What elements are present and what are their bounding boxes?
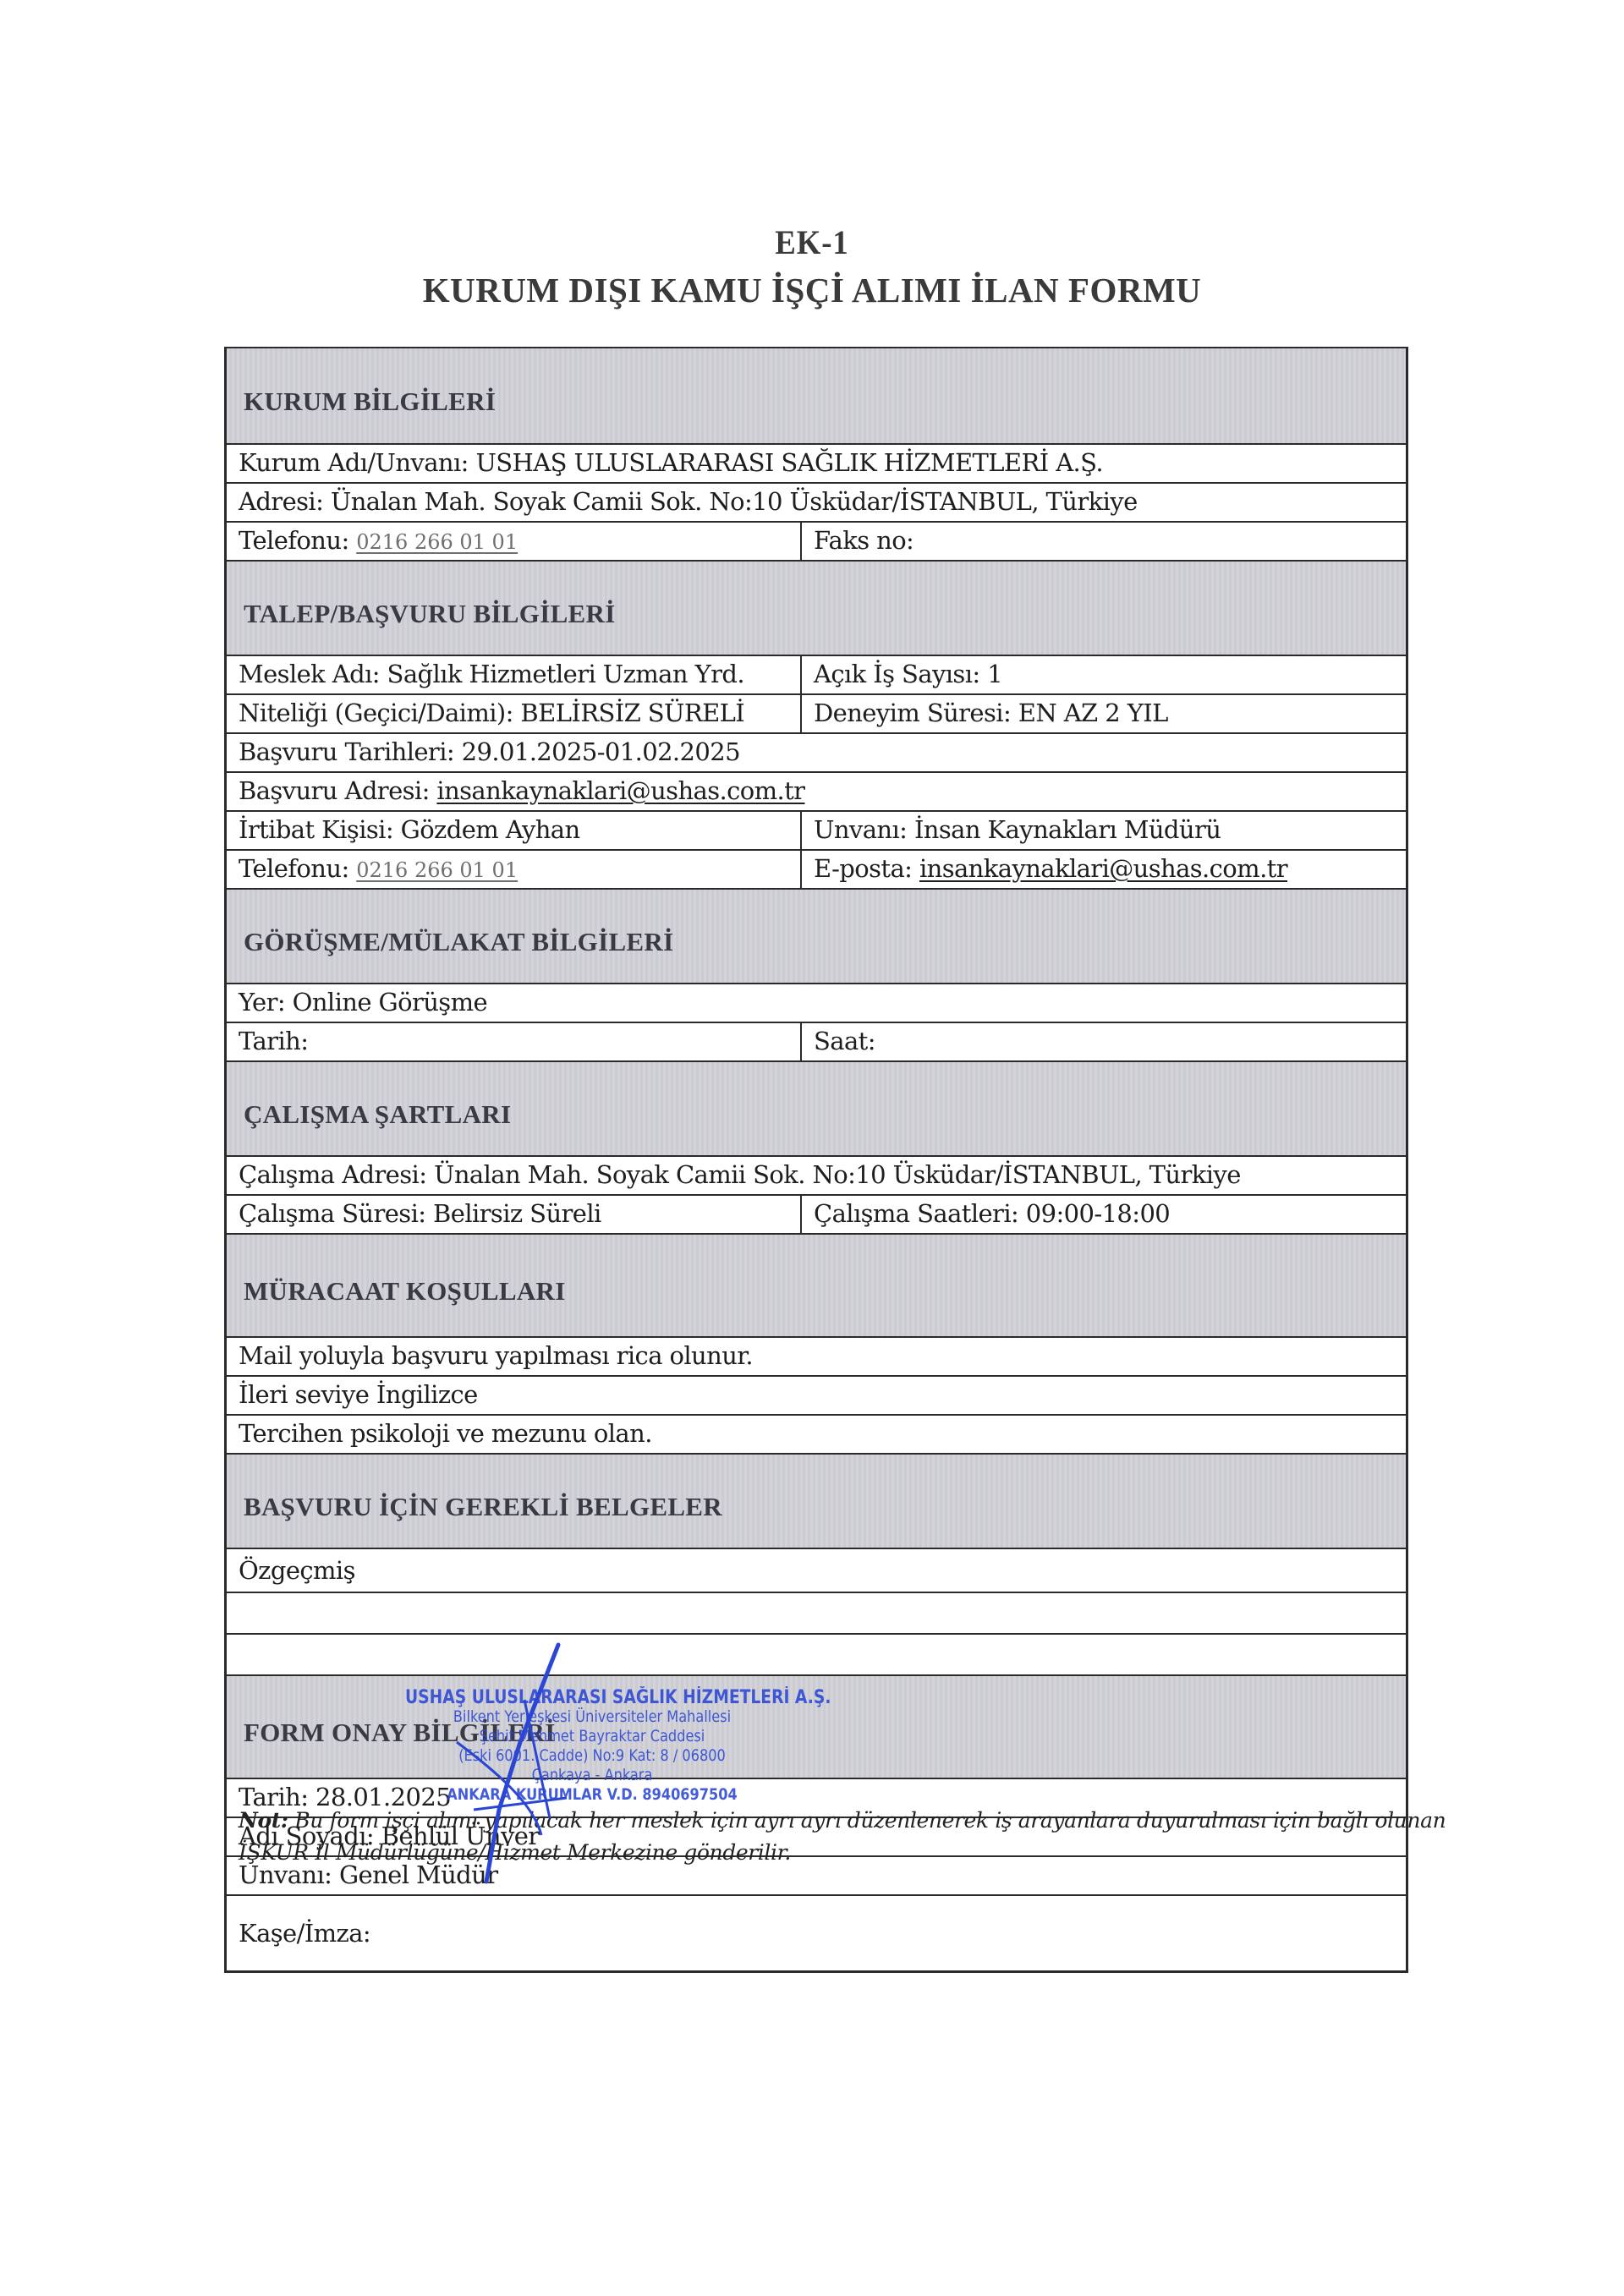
work-hours-field: Çalışma Saatleri: 09:00-18:00 [802,1196,1406,1233]
form-title: KURUM DIŞI KAMU İŞÇİ ALIMI İLAN FORMU [0,267,1624,313]
contact-phone-link[interactable]: 0216 266 01 01 [356,858,518,882]
section-calisma-sartlari: ÇALIŞMA ŞARTLARI [227,1060,1406,1155]
contact-phone-field: Telefonu: 0216 266 01 01 [227,851,802,888]
experience-field: Deneyim Süresi: EN AZ 2 YIL [802,695,1406,732]
section-talep-basvuru-bilgileri: TALEP/BAŞVURU BİLGİLERİ [227,560,1406,655]
section-gerekli-belgeler: BAŞVURU İÇİN GEREKLİ BELGELER [227,1453,1406,1548]
section-title: TALEP/BAŞVURU BİLGİLERİ [244,599,616,629]
interview-time-field: Saat: [802,1023,1406,1060]
section-title: KURUM BİLGİLERİ [244,386,496,417]
section-title: ÇALIŞMA ŞARTLARI [244,1099,511,1130]
application-email-link[interactable]: insankaynaklari@ushas.com.tr [436,776,804,805]
contact-email-link[interactable]: insankaynaklari@ushas.com.tr [919,854,1287,883]
institution-fax-field: Faks no: [802,523,1406,560]
work-address-field: Çalışma Adresi: Ünalan Mah. Soyak Camii … [227,1157,1406,1194]
annex-label: EK-1 [65,222,1559,264]
stamp-signature-field: Kaşe/İmza: [227,1896,1406,1970]
contact-title-field: Unvanı: İnsan Kaynakları Müdürü [802,812,1406,849]
institution-name-field: Kurum Adı/Unvanı: USHAŞ ULUSLARARASI SAĞ… [227,445,1406,482]
institution-address-field: Adresi: Ünalan Mah. Soyak Camii Sok. No:… [227,484,1406,521]
application-dates-field: Başvuru Tarihleri: 29.01.2025-01.02.2025 [227,734,1406,771]
job-posting-form: KURUM BİLGİLERİ Kurum Adı/Unvanı: USHAŞ … [224,347,1408,1973]
section-gorusme-bilgileri: GÖRÜŞME/MÜLAKAT BİLGİLERİ [227,888,1406,983]
interview-date-field: Tarih: [227,1023,802,1060]
work-duration-field: Çalışma Süresi: Belirsiz Süreli [227,1196,802,1233]
occupation-field: Meslek Adı: Sağlık Hizmetleri Uzman Yrd. [227,656,802,693]
section-title: BAŞVURU İÇİN GEREKLİ BELGELER [244,1492,722,1522]
nature-field: Niteliği (Geçici/Daimi): BELİRSİZ SÜRELİ [227,695,802,732]
section-form-onay-bilgileri: FORM ONAY BİLGİLERİ [227,1674,1406,1778]
footnote-text: Bu form işçi alımı yapılacak her meslek … [239,1808,1446,1865]
institution-name-value: USHAŞ ULUSLARARASI SAĞLIK HİZMETLERİ A.Ş… [475,448,1103,477]
section-kurum-bilgileri: KURUM BİLGİLERİ [227,348,1406,443]
institution-phone-link[interactable]: 0216 266 01 01 [356,530,518,554]
institution-address-value: Ünalan Mah. Soyak Camii Sok. No:10 Üsküd… [331,487,1138,516]
section-title: FORM ONAY BİLGİLERİ [244,1718,556,1748]
document-item [227,1593,1406,1633]
footnote: Not: Bu form işçi alımı yapılacak her me… [239,1805,1457,1869]
openings-field: Açık İş Sayısı: 1 [802,656,1406,693]
contact-person-field: İrtibat Kişisi: Gözdem Ayhan [227,812,802,849]
interview-place-field: Yer: Online Görüşme [227,984,1406,1022]
document-item [227,1635,1406,1674]
document-header: EK-1 KURUM DIŞI KAMU İŞÇİ ALIMI İLAN FOR… [0,222,1624,313]
document-item: Özgeçmiş [227,1549,1406,1592]
institution-phone-field: Telefonu: 0216 266 01 01 [227,523,802,560]
condition-item: Tercihen psikoloji ve mezunu olan. [227,1416,1406,1453]
footnote-label: Not: [239,1808,288,1833]
condition-item: Mail yoluyla başvuru yapılması rica olun… [227,1338,1406,1375]
condition-item: İleri seviye İngilizce [227,1377,1406,1414]
contact-email-field: E-posta: insankaynaklari@ushas.com.tr [802,851,1406,888]
section-title: GÖRÜŞME/MÜLAKAT BİLGİLERİ [244,927,673,957]
application-address-field: Başvuru Adresi: insankaynaklari@ushas.co… [227,773,1406,810]
section-muracaat-kosullari: MÜRACAAT KOŞULLARI [227,1233,1406,1336]
section-title: MÜRACAAT KOŞULLARI [244,1276,566,1307]
